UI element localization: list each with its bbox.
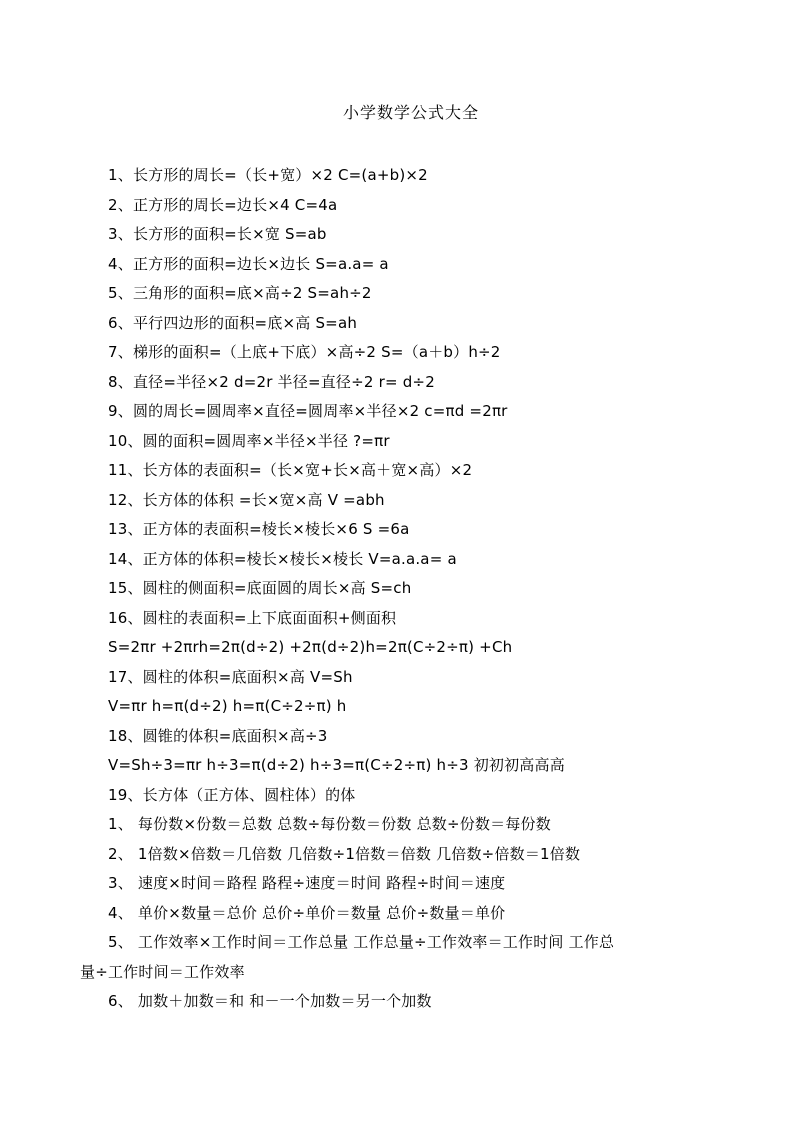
- formula-line: 11、长方体的表面积=（长×宽+长×高＋宽×高）×2: [80, 456, 720, 486]
- formula-line: 9、圆的周长=圆周率×直径=圆周率×半径×2 c=πd =2πr: [80, 397, 720, 427]
- formula-line: V=πr h=π(d÷2) h=π(C÷2÷π) h: [80, 692, 720, 722]
- formula-line-continuation: 量÷工作时间＝工作效率: [80, 958, 720, 988]
- formula-line: 2、 1倍数×倍数＝几倍数 几倍数÷1倍数＝倍数 几倍数÷倍数＝1倍数: [80, 840, 720, 870]
- formula-line: 13、正方体的表面积=棱长×棱长×6 S =6a: [80, 515, 720, 545]
- formula-line: 18、圆锥的体积=底面积×高÷3: [80, 722, 720, 752]
- formula-line: 1、长方形的周长=（长+宽）×2 C=(a+b)×2: [80, 161, 720, 191]
- formula-line: 15、圆柱的侧面积=底面圆的周长×高 S=ch: [80, 574, 720, 604]
- formula-line: 16、圆柱的表面积=上下底面面积+侧面积: [80, 604, 720, 634]
- formula-line: 2、正方形的周长=边长×4 C=4a: [80, 191, 720, 221]
- formula-line: 7、梯形的面积=（上底+下底）×高÷2 S=（a＋b）h÷2: [80, 338, 720, 368]
- document-page: 小学数学公式大全 1、长方形的周长=（长+宽）×2 C=(a+b)×2 2、正方…: [0, 0, 794, 1123]
- formula-line: S=2πr +2πrh=2π(d÷2) +2π(d÷2)h=2π(C÷2÷π) …: [80, 633, 720, 663]
- formula-line: 5、 工作效率×工作时间＝工作总量 工作总量÷工作效率＝工作时间 工作总: [80, 928, 720, 958]
- formula-line: V=Sh÷3=πr h÷3=π(d÷2) h÷3=π(C÷2÷π) h÷3 初初…: [80, 751, 720, 781]
- formula-line: 19、长方体（正方体、圆柱体）的体: [80, 781, 720, 811]
- formula-line: 4、 单价×数量＝总价 总价÷单价＝数量 总价÷数量＝单价: [80, 899, 720, 929]
- formula-line: 4、正方形的面积=边长×边长 S=a.a= a: [80, 250, 720, 280]
- formula-line: 1、 每份数×份数＝总数 总数÷每份数＝份数 总数÷份数＝每份数: [80, 810, 720, 840]
- formula-line: 10、圆的面积=圆周率×半径×半径 ?=πr: [80, 427, 720, 457]
- formula-line: 6、 加数＋加数＝和 和－一个加数＝另一个加数: [80, 987, 720, 1017]
- formula-line: 12、长方体的体积 =长×宽×高 V =abh: [80, 486, 720, 516]
- document-title: 小学数学公式大全: [0, 102, 794, 124]
- formula-line: 3、长方形的面积=长×宽 S=ab: [80, 220, 720, 250]
- formula-line: 8、直径=半径×2 d=2r 半径=直径÷2 r= d÷2: [80, 368, 720, 398]
- formula-line: 6、平行四边形的面积=底×高 S=ah: [80, 309, 720, 339]
- formula-list: 1、长方形的周长=（长+宽）×2 C=(a+b)×2 2、正方形的周长=边长×4…: [80, 161, 720, 1017]
- formula-line: 14、正方体的体积=棱长×棱长×棱长 V=a.a.a= a: [80, 545, 720, 575]
- formula-line: 17、圆柱的体积=底面积×高 V=Sh: [80, 663, 720, 693]
- formula-line: 3、 速度×时间＝路程 路程÷速度＝时间 路程÷时间＝速度: [80, 869, 720, 899]
- formula-line: 5、三角形的面积=底×高÷2 S=ah÷2: [80, 279, 720, 309]
